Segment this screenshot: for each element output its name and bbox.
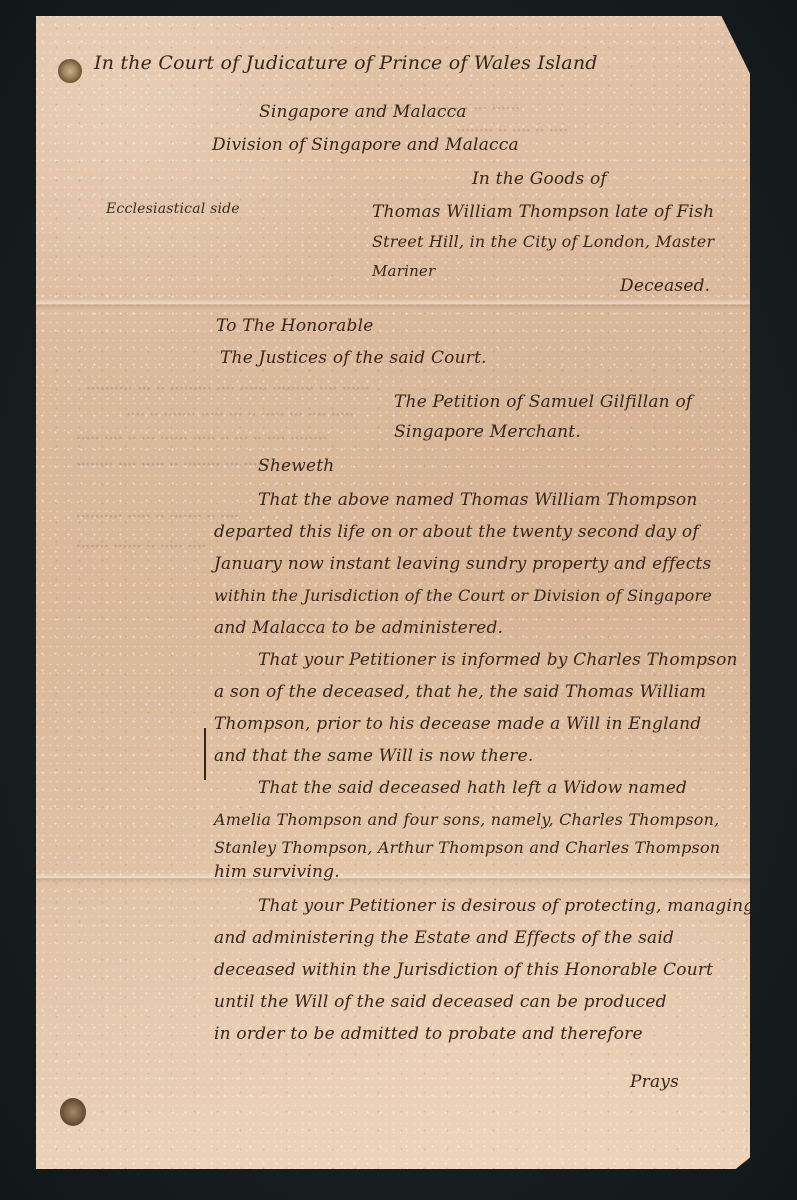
in-the-goods-of: In the Goods of <box>472 171 607 188</box>
paragraph-4-line: until the Will of the said deceased can … <box>214 994 667 1011</box>
deceased-name-line-2: Street Hill, in the City of London, Mast… <box>372 234 714 250</box>
paragraph-3-line: Stanley Thompson, Arthur Thompson and Ch… <box>214 840 720 856</box>
petition-of-line-1: The Petition of Samuel Gilfillan of <box>394 394 692 411</box>
paragraph-4-line: deceased within the Jurisdiction of this… <box>214 962 713 979</box>
court-title-line-2: Singapore and Malacca <box>259 104 467 121</box>
bleed-through-text: ····· ···· ··· ····· ·· ··· ····· ······… <box>126 408 354 422</box>
ecclesiastical-side-label: Ecclesiastical side <box>106 202 240 216</box>
closing-prays: Prays <box>630 1074 679 1091</box>
binding-hole-bottom <box>60 1098 86 1126</box>
bleed-through-text: ········ ···· ·· ··· ·· ····· ······ ···… <box>76 432 327 446</box>
petition-document-page: ······ ··· ·········· ·· ········ ···· ·… <box>36 16 750 1169</box>
deceased-name-line-3: Mariner <box>372 264 435 279</box>
paragraph-1-line: departed this life on or about the twent… <box>214 524 699 541</box>
fold-line-upper <box>36 299 750 309</box>
sheweth-label: Sheweth <box>258 458 334 475</box>
margin-bracket-mark <box>204 728 206 780</box>
paragraph-4-line: and administering the Estate and Effects… <box>214 930 674 947</box>
binding-hole-top <box>58 59 82 83</box>
paragraph-3-line: him surviving. <box>214 864 340 881</box>
fold-line-lower <box>36 873 750 883</box>
paragraph-3-line: That the said deceased hath left a Widow… <box>258 780 687 797</box>
bleed-through-text: ······ ···· ········· ······ ···· ······… <box>86 382 370 396</box>
petition-of-line-2: Singapore Merchant. <box>394 424 581 441</box>
paragraph-1-line: within the Jurisdiction of the Court or … <box>214 588 712 604</box>
bleed-through-text: ···· ····· ·· ······ ······· <box>76 540 206 554</box>
court-title-line-1: In the Court of Judicature of Prince of … <box>94 54 598 73</box>
deceased-name-line-1: Thomas William Thompson late of Fish <box>372 204 714 221</box>
paragraph-1-line: and Malacca to be administered. <box>214 620 503 637</box>
paragraph-3-line: Amelia Thompson and four sons, namely, C… <box>214 812 719 828</box>
deceased-label: Deceased. <box>620 278 710 295</box>
paragraph-4-line: That your Petitioner is desirous of prot… <box>258 898 754 915</box>
paragraph-4-line: in order to be admitted to probate and t… <box>214 1026 643 1043</box>
address-justices: The Justices of the said Court. <box>220 350 487 367</box>
paragraph-2-line: That your Petitioner is informed by Char… <box>258 652 738 669</box>
paragraph-2-line: and that the same Will is now there. <box>214 748 533 765</box>
address-to: To The Honorable <box>216 318 374 335</box>
paragraph-1-line: That the above named Thomas William Thom… <box>258 492 698 509</box>
paragraph-1-line: January now instant leaving sundry prope… <box>214 556 711 573</box>
division-line: Division of Singapore and Malacca <box>212 137 519 154</box>
paragraph-2-line: Thompson, prior to his decease made a Wi… <box>214 716 701 733</box>
paragraph-2-line: a son of the deceased, that he, the said… <box>214 684 706 701</box>
